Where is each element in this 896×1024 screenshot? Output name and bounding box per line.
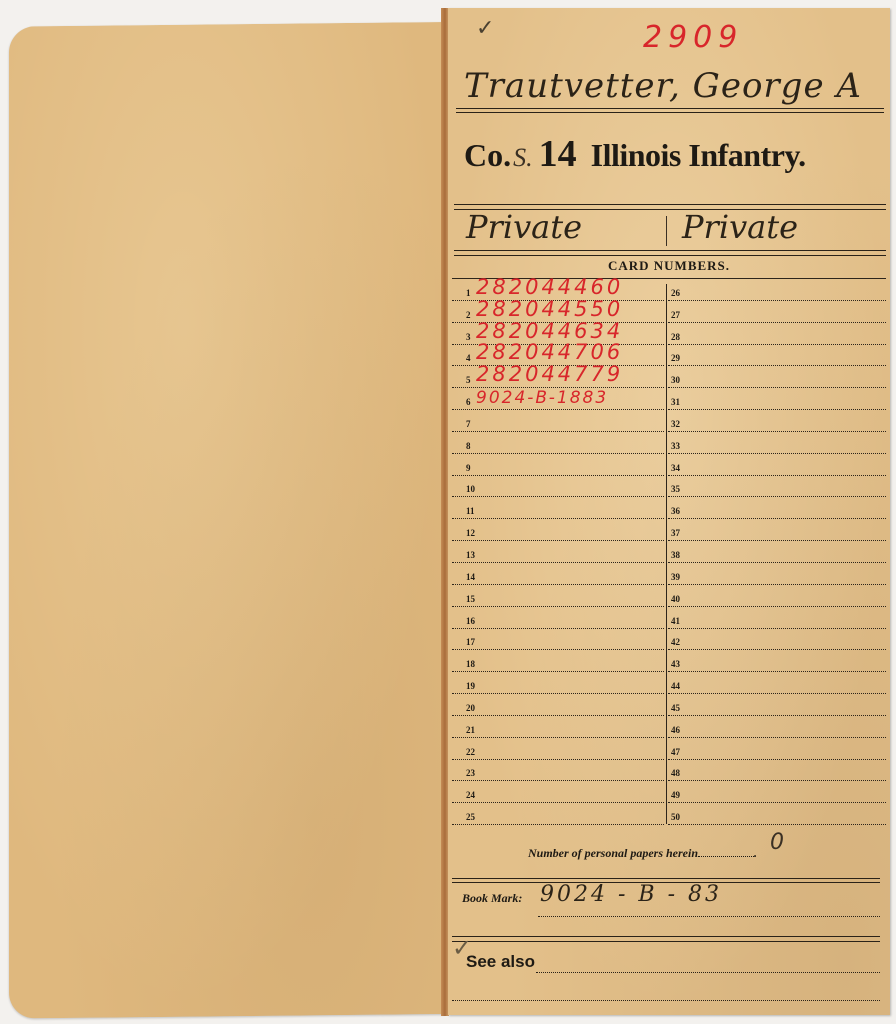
rank-divider <box>666 216 667 246</box>
row-index: 9 <box>466 463 471 473</box>
card-cell-right: 50 <box>668 802 886 825</box>
card-cell-left: 10 <box>452 475 664 498</box>
row-index: 19 <box>466 681 475 691</box>
row-index: 4 <box>466 353 471 363</box>
card-cell-right: 42 <box>668 628 886 651</box>
table-row: 2045 <box>452 693 886 715</box>
card-cell-right: 40 <box>668 584 886 607</box>
card-cell-left: 18 <box>452 649 664 672</box>
card-cell-right: 28 <box>668 322 886 345</box>
row-index: 23 <box>466 768 475 778</box>
table-row: 1540 <box>452 584 886 606</box>
card-cell-right: 47 <box>668 737 886 760</box>
table-row: 2449 <box>452 780 886 802</box>
card-cell-left: 25 <box>452 802 664 825</box>
see-also-rule <box>536 972 880 973</box>
regiment-number: 14 <box>539 133 577 175</box>
card-cell-right: 49 <box>668 780 886 803</box>
name-rule <box>456 108 884 109</box>
card-cell-left: 14 <box>452 562 664 585</box>
table-row: 1439 <box>452 562 886 584</box>
card-number-value: 282044550 <box>476 297 623 321</box>
card-cell-right: 39 <box>668 562 886 585</box>
fill-line <box>698 856 754 857</box>
card-cell-right: 45 <box>668 693 886 716</box>
table-row: 934 <box>452 453 886 475</box>
card-cell-left: 24 <box>452 780 664 803</box>
row-index: 27 <box>671 310 680 320</box>
left-cover-panel <box>9 22 445 1019</box>
row-index: 32 <box>671 419 680 429</box>
row-index: 1 <box>466 288 471 298</box>
card-cell-left: 15 <box>452 584 664 607</box>
card-cell-left: 69024-B-1883 <box>452 387 664 410</box>
table-row: 1742 <box>452 628 886 650</box>
see-also-rule <box>452 1000 880 1001</box>
row-index: 41 <box>671 616 680 626</box>
rank-rule <box>454 250 886 251</box>
table-row: 2348 <box>452 759 886 781</box>
row-index: 10 <box>466 484 475 494</box>
table-row: 2247 <box>452 737 886 759</box>
rank-rule <box>454 204 886 205</box>
card-cell-right: 26 <box>668 278 886 301</box>
card-number-value: 282044706 <box>476 340 623 364</box>
row-index: 7 <box>466 419 471 429</box>
separator-rule <box>452 878 880 879</box>
card-number-value: 282044779 <box>476 362 623 386</box>
card-number-value: 9024-B-1883 <box>476 388 608 408</box>
table-row: 2550 <box>452 802 886 824</box>
file-number: 2909 <box>643 20 743 55</box>
card-cell-right: 27 <box>668 300 886 323</box>
rank-rule <box>454 255 886 256</box>
row-index: 26 <box>671 288 680 298</box>
book-mark-value: 9024 - B - 83 <box>540 882 722 907</box>
row-index: 45 <box>671 703 680 713</box>
card-cell-left: 22 <box>452 737 664 760</box>
table-row: 1843 <box>452 649 886 671</box>
card-cell-left: 11 <box>452 496 664 519</box>
separator-rule <box>452 941 880 942</box>
row-index: 48 <box>671 768 680 778</box>
soldier-name: Trautvetter, George A <box>464 66 862 106</box>
card-cell-right: 38 <box>668 540 886 563</box>
card-cell-left: 9 <box>452 453 664 476</box>
card-cell-right: 37 <box>668 518 886 541</box>
regiment-unit: Illinois Infantry. <box>591 137 806 173</box>
record-jacket-page: ✓ 2909 Trautvetter, George A Co.S.14Illi… <box>448 8 890 1015</box>
table-row: 1944 <box>452 671 886 693</box>
card-cell-right: 34 <box>668 453 886 476</box>
row-index: 29 <box>671 353 680 363</box>
personal-papers-line: Number of personal papers herein. <box>528 846 757 861</box>
row-index: 16 <box>466 616 475 626</box>
book-mark-rule <box>538 916 880 917</box>
card-cell-left: 16 <box>452 606 664 629</box>
row-index: 46 <box>671 725 680 735</box>
row-index: 21 <box>466 725 475 735</box>
row-index: 40 <box>671 594 680 604</box>
card-cell-left: 21 <box>452 715 664 738</box>
row-index: 5 <box>466 375 471 385</box>
table-row: 2146 <box>452 715 886 737</box>
card-numbers-heading: CARD NUMBERS. <box>448 258 890 274</box>
card-cell-left: 23 <box>452 759 664 782</box>
card-cell-right: 30 <box>668 365 886 388</box>
table-row: 732 <box>452 409 886 431</box>
row-index: 17 <box>466 637 475 647</box>
table-row: 1035 <box>452 475 886 497</box>
row-index: 50 <box>671 812 680 822</box>
row-index: 24 <box>466 790 475 800</box>
card-cell-right: 32 <box>668 409 886 432</box>
company-letter: S. <box>513 143 533 172</box>
card-cell-left: 19 <box>452 671 664 694</box>
row-index: 20 <box>466 703 475 713</box>
personal-papers-label: Number of personal papers herein <box>528 846 698 860</box>
card-cell-right: 31 <box>668 387 886 410</box>
card-cell-right: 29 <box>668 344 886 367</box>
row-index: 47 <box>671 747 680 757</box>
card-cell-right: 48 <box>668 759 886 782</box>
card-cell-left: 8 <box>452 431 664 454</box>
personal-papers-value: 0 <box>770 830 784 855</box>
row-index: 30 <box>671 375 680 385</box>
separator-rule <box>452 936 880 937</box>
row-index: 11 <box>466 506 475 516</box>
row-index: 18 <box>466 659 475 669</box>
card-cell-right: 36 <box>668 496 886 519</box>
row-index: 35 <box>671 484 680 494</box>
card-cell-left: 17 <box>452 628 664 651</box>
card-cell-right: 46 <box>668 715 886 738</box>
card-cell-left: 7 <box>452 409 664 432</box>
card-number-value: 282044634 <box>476 319 623 343</box>
row-index: 33 <box>671 441 680 451</box>
rank-in: Private <box>466 208 582 246</box>
row-index: 44 <box>671 681 680 691</box>
row-index: 6 <box>466 397 471 407</box>
card-cell-right: 44 <box>668 671 886 694</box>
row-index: 34 <box>671 463 680 473</box>
card-number-value: 282044460 <box>476 275 623 299</box>
regiment-line: Co.S.14Illinois Infantry. <box>464 132 806 176</box>
row-index: 39 <box>671 572 680 582</box>
card-numbers-table: 1282044460262282044550273282044634284282… <box>452 278 886 824</box>
row-index: 37 <box>671 528 680 538</box>
table-row: 833 <box>452 431 886 453</box>
row-index: 8 <box>466 441 471 451</box>
row-index: 12 <box>466 528 475 538</box>
name-rule <box>456 112 884 113</box>
card-cell-left: 13 <box>452 540 664 563</box>
table-row: 1136 <box>452 496 886 518</box>
row-index: 15 <box>466 594 475 604</box>
row-index: 14 <box>466 572 475 582</box>
row-index: 31 <box>671 397 680 407</box>
card-cell-left: 5282044779 <box>452 365 664 388</box>
row-index: 25 <box>466 812 475 822</box>
company-prefix: Co. <box>464 137 511 173</box>
row-index: 49 <box>671 790 680 800</box>
row-index: 42 <box>671 637 680 647</box>
row-index: 22 <box>466 747 475 757</box>
table-row: 528204477930 <box>452 365 886 387</box>
card-cell-right: 41 <box>668 606 886 629</box>
card-cell-right: 33 <box>668 431 886 454</box>
row-index: 2 <box>466 310 471 320</box>
row-index: 36 <box>671 506 680 516</box>
book-mark-label: Book Mark: <box>462 891 522 906</box>
table-row: 69024-B-188331 <box>452 387 886 409</box>
rank-out: Private <box>682 208 798 246</box>
row-index: 13 <box>466 550 475 560</box>
row-index: 28 <box>671 332 680 342</box>
table-row: 1641 <box>452 606 886 628</box>
check-mark: ✓ <box>476 16 494 41</box>
card-cell-left: 20 <box>452 693 664 716</box>
row-index: 38 <box>671 550 680 560</box>
card-cell-right: 35 <box>668 475 886 498</box>
row-index: 43 <box>671 659 680 669</box>
table-row: 1237 <box>452 518 886 540</box>
card-cell-left: 12 <box>452 518 664 541</box>
card-cell-right: 43 <box>668 649 886 672</box>
see-also-label: See also <box>466 952 535 972</box>
row-index: 3 <box>466 332 471 342</box>
table-row: 1338 <box>452 540 886 562</box>
